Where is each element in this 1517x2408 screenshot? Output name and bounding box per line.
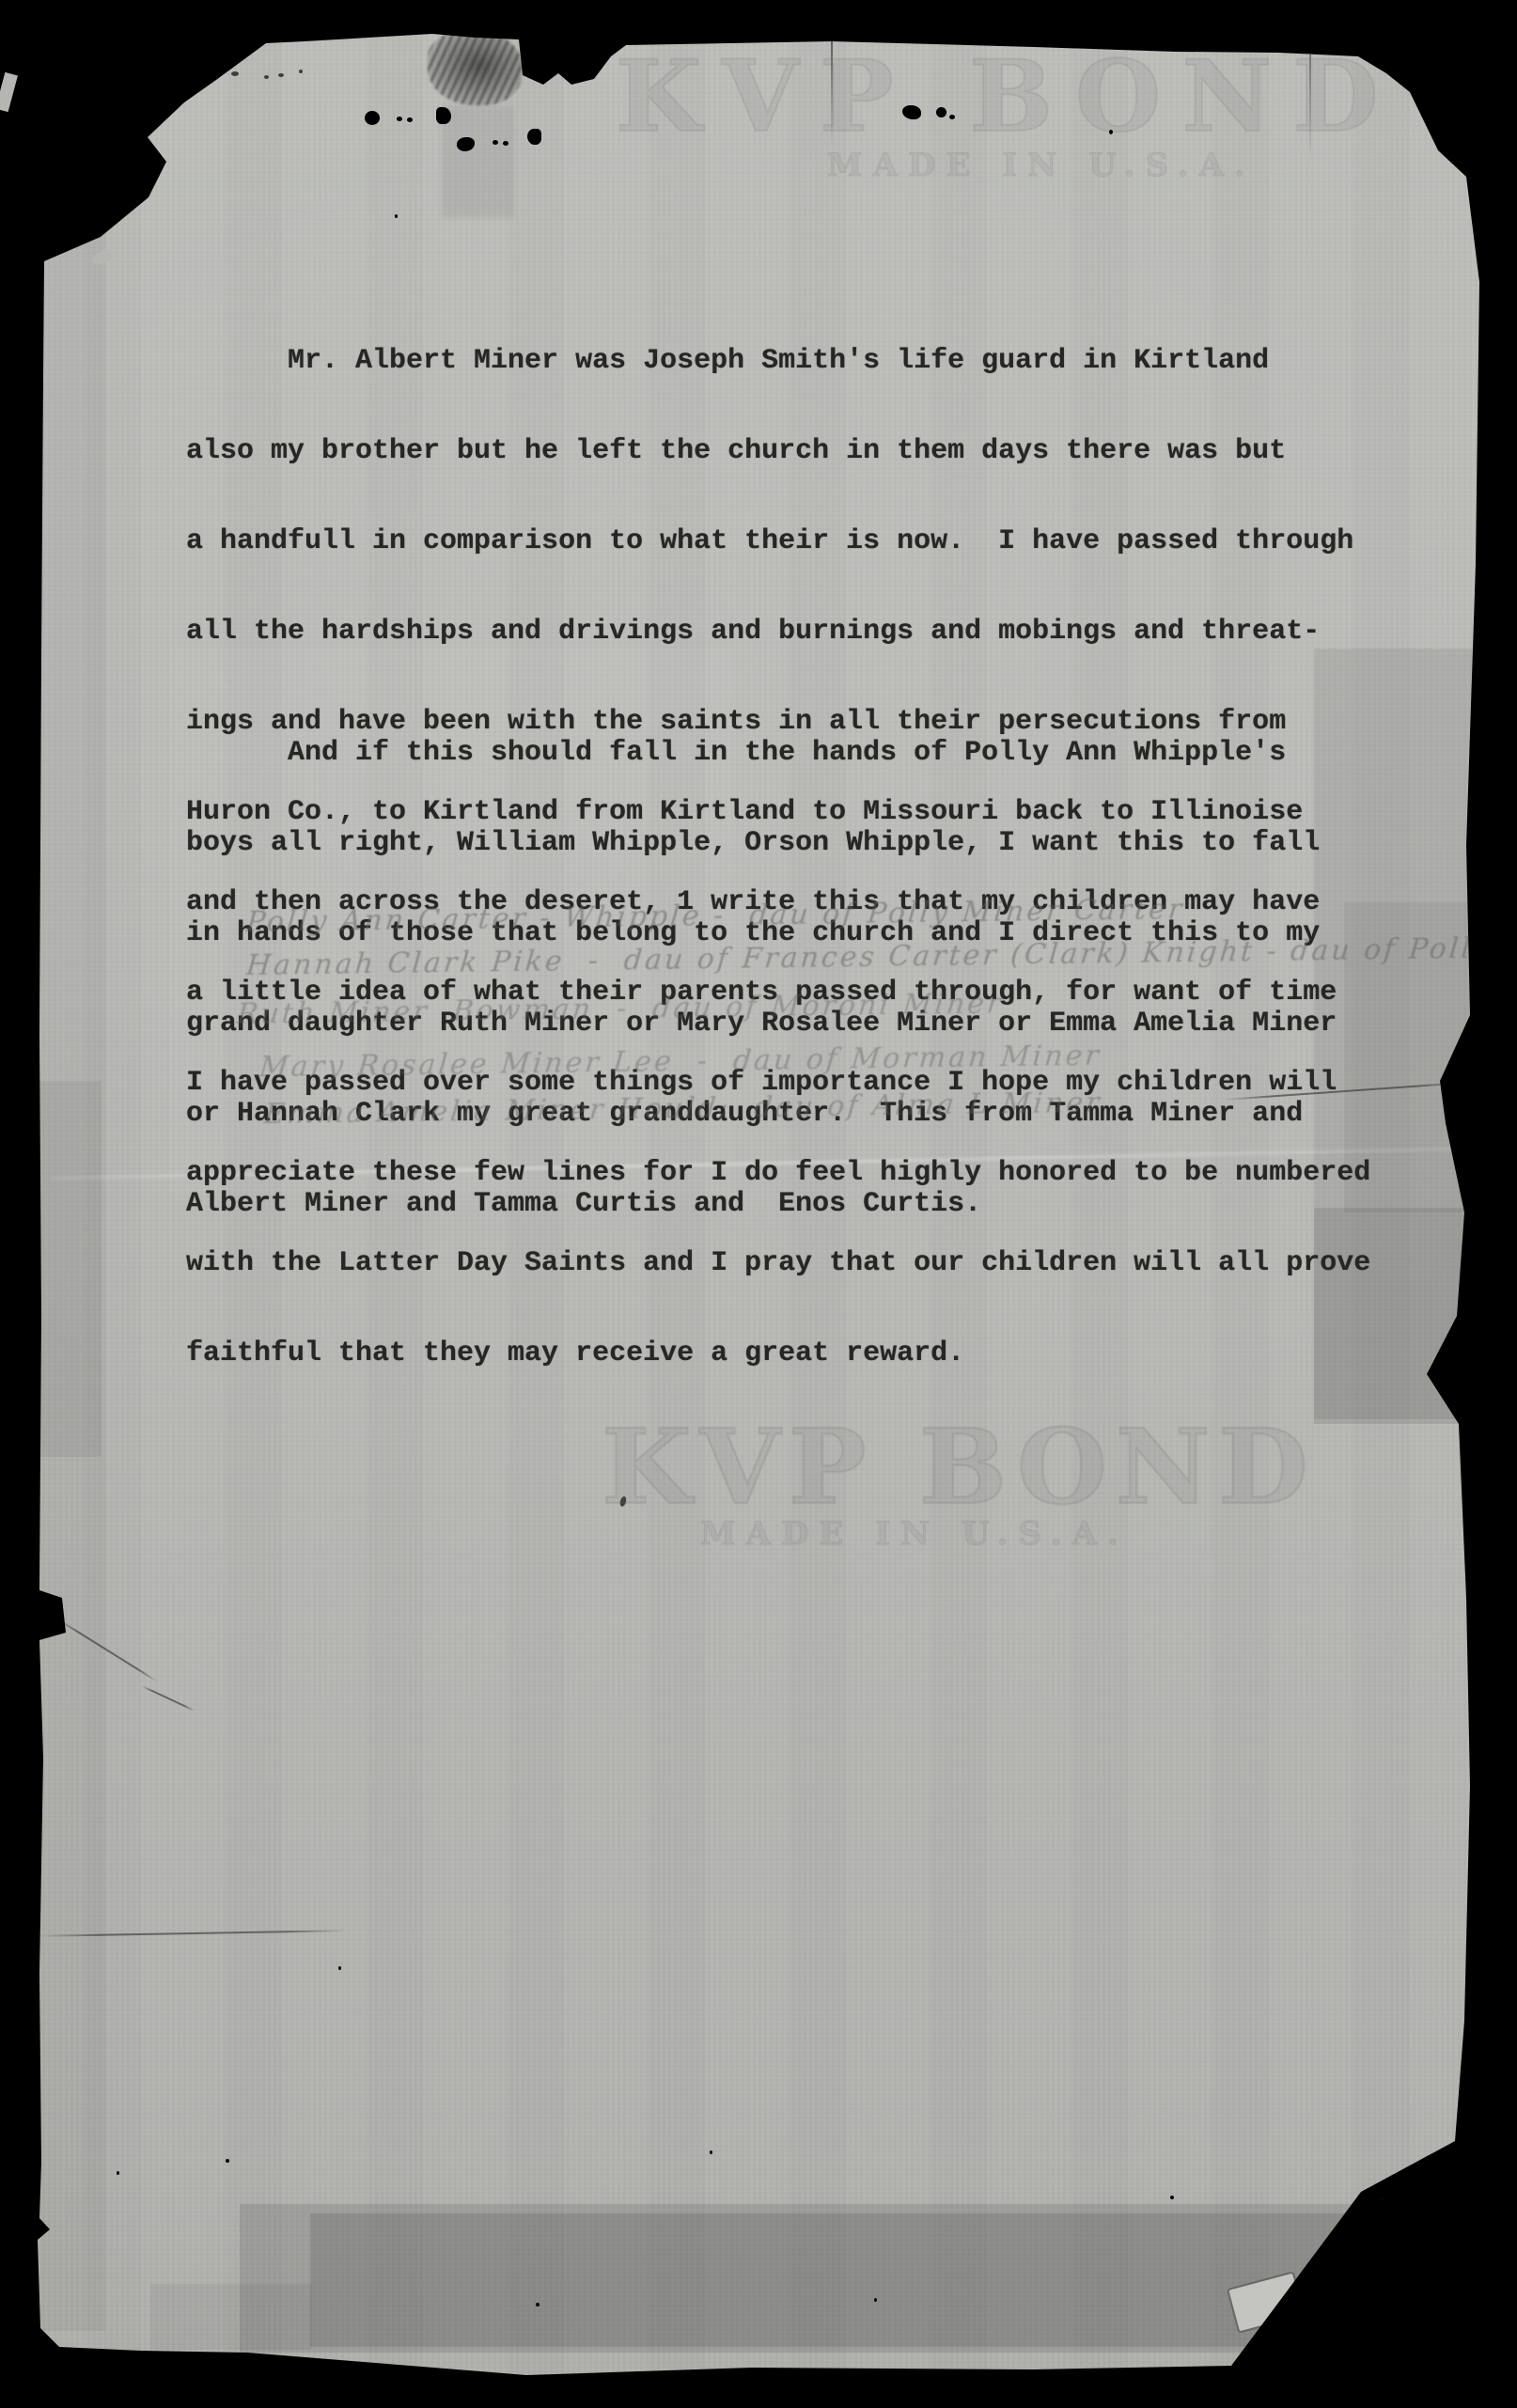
ink-smudge (428, 32, 522, 105)
typed-line: a handfull in comparison to what their i… (186, 526, 1370, 556)
left-edge-tear-b (141, 1685, 195, 1712)
speck (1170, 2196, 1174, 2199)
paper-hole (527, 129, 541, 145)
speck (338, 1966, 341, 1970)
typed-line: also my brother but he left the church i… (186, 436, 1370, 466)
typed-line: all the hardships and drivings and burni… (186, 617, 1370, 647)
paper-hole (936, 107, 946, 117)
paper-hole (397, 117, 402, 121)
bottom-stain-band (240, 2204, 1391, 2353)
paper-hole (436, 107, 451, 124)
ink-dot (231, 71, 239, 76)
paper-sheet: KVP BOND MADE IN U.S.A. KVP BOND MADE IN… (0, 0, 1517, 2408)
typed-line: Albert Miner and Tamma Curtis and Enos C… (186, 1189, 1337, 1219)
paper-hole (493, 140, 498, 145)
ink-dot (264, 75, 269, 79)
paper-hole (902, 105, 921, 119)
left-edge-shading-dark (39, 1081, 102, 1457)
left-edge-tear-c (38, 1930, 348, 1937)
smudge-shadow (442, 105, 513, 218)
speck (1380, 2197, 1384, 2201)
speck (874, 2298, 877, 2302)
speck (710, 2150, 712, 2154)
left-edge-shading (39, 226, 105, 2331)
speck (117, 2171, 119, 2175)
torn-flap (1227, 2271, 1306, 2333)
typed-line: Mr. Albert Miner was Joseph Smith's life… (186, 346, 1370, 376)
paper-hole (407, 117, 413, 122)
speck (226, 2159, 229, 2163)
speck (536, 2303, 540, 2306)
watermark-origin-middle: MADE IN U.S.A. (700, 1515, 1129, 1553)
paper-hole (503, 141, 508, 146)
typed-line: And if this should fall in the hands of … (186, 738, 1337, 768)
ink-dot (299, 70, 303, 73)
paper-fragment (0, 72, 18, 112)
watermark-brand-top: KVP BOND (616, 38, 1399, 154)
typed-line: boys all right, William Whipple, Orson W… (186, 828, 1337, 858)
scan-background: KVP BOND MADE IN U.S.A. KVP BOND MADE IN… (0, 0, 1517, 2408)
watermark-origin-top: MADE IN U.S.A. (827, 147, 1256, 184)
ink-dot (278, 73, 284, 77)
paper-hole (365, 111, 380, 125)
speck (1109, 130, 1113, 134)
left-edge-tear-a (57, 1618, 158, 1682)
bottom-stain-band-core (310, 2213, 1344, 2347)
bottom-stain-left (150, 2284, 312, 2350)
typed-line: faithful that they may receive a great r… (186, 1338, 1370, 1368)
speck (395, 214, 398, 218)
paper-hole (949, 115, 955, 119)
